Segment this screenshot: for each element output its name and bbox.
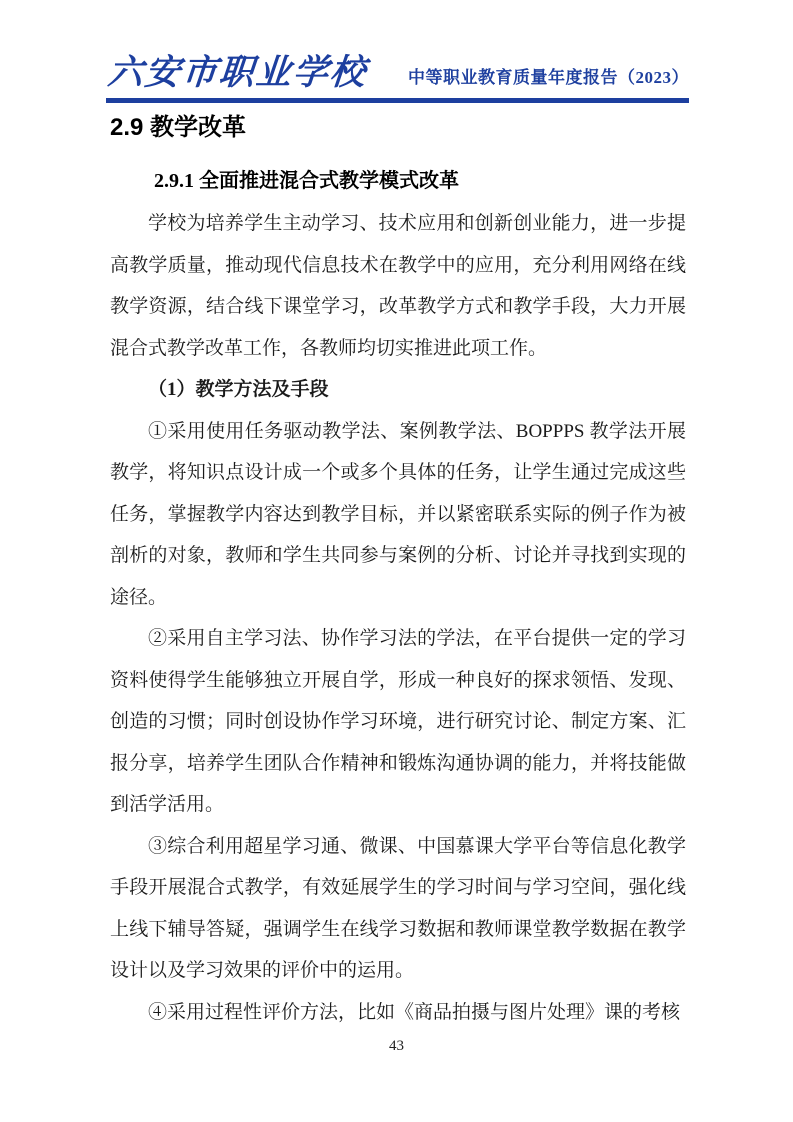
- intro-paragraph: 学校为培养学生主动学习、技术应用和创新创业能力，进一步提高教学质量，推动现代信息…: [110, 203, 686, 369]
- subsection-heading: 2.9.1 全面推进混合式教学模式改革: [110, 167, 686, 195]
- header-row: 六安市职业学校 中等职业教育质量年度报告（2023）: [106, 52, 689, 94]
- report-title: 中等职业教育质量年度报告（2023）: [408, 67, 689, 94]
- section-heading: 2.9 教学改革: [110, 112, 686, 144]
- list-item-1: ①采用使用任务驱动教学法、案例教学法、BOPPPS 教学法开展教学，将知识点设计…: [110, 411, 686, 619]
- list-item-2: ②采用自主学习法、协作学习法的学法，在平台提供一定的学习资料使得学生能够独立开展…: [110, 618, 686, 826]
- body-text: 学校为培养学生主动学习、技术应用和创新创业能力，进一步提高教学质量，推动现代信息…: [110, 203, 686, 1033]
- document-page: 六安市职业学校 中等职业教育质量年度报告（2023） 2.9 教学改革 2.9.…: [0, 0, 793, 1122]
- list-item-4: ④采用过程性评价方法，比如《商品拍摄与图片处理》课的考核: [110, 992, 686, 1034]
- document-body: 2.9 教学改革 2.9.1 全面推进混合式教学模式改革 学校为培养学生主动学习…: [110, 106, 686, 1033]
- page-footer: 43: [0, 1037, 793, 1055]
- list-heading: （1）教学方法及手段: [110, 369, 686, 411]
- page-header: 六安市职业学校 中等职业教育质量年度报告（2023）: [106, 52, 689, 103]
- school-logo: 六安市职业学校: [106, 52, 369, 94]
- page-number: 43: [389, 1038, 404, 1054]
- list-item-3: ③综合利用超星学习通、微课、中国慕课大学平台等信息化教学手段开展混合式教学，有效…: [110, 826, 686, 992]
- header-divider: [106, 98, 689, 103]
